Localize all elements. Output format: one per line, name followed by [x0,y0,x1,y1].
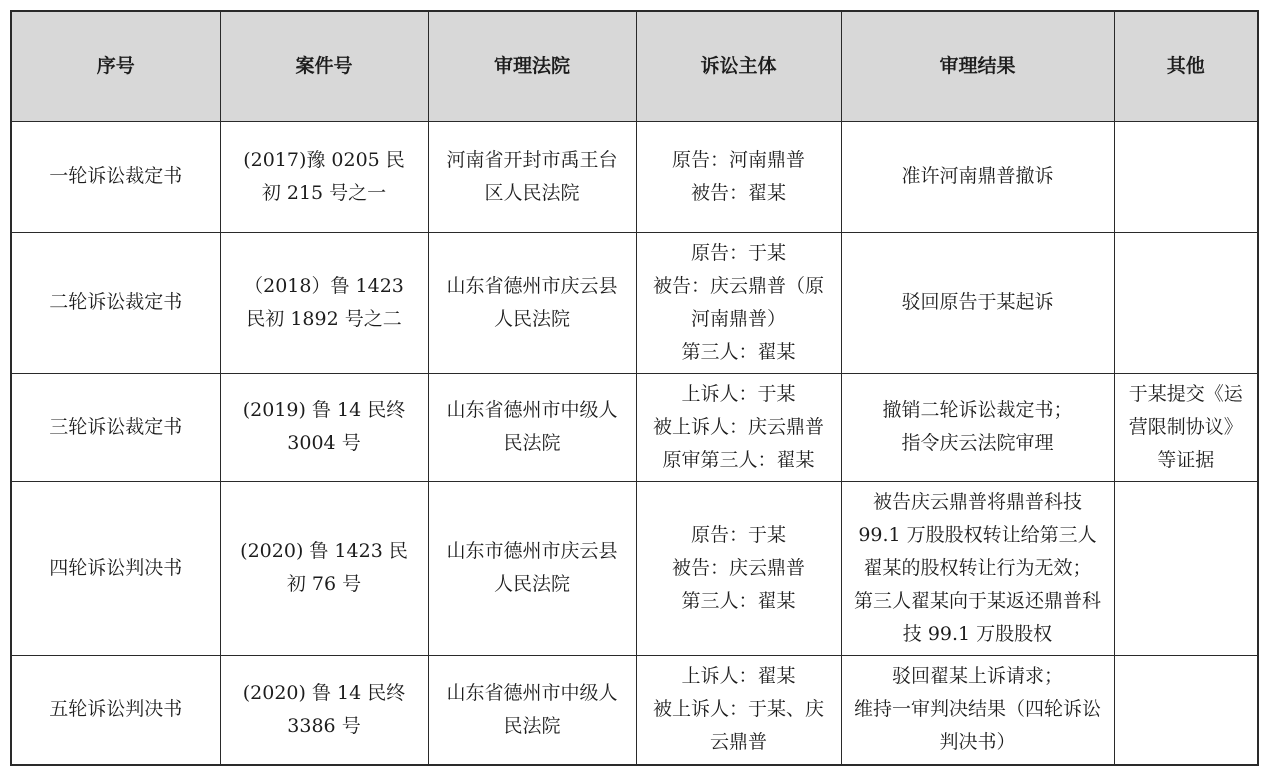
cell-seq: 二轮诉讼裁定书 [11,232,220,373]
cell-seq: 一轮诉讼裁定书 [11,121,220,232]
document-page: 序号 案件号 审理法院 诉讼主体 审理结果 其他 一轮诉讼裁定书 (2017)豫… [0,0,1269,713]
cell-court: 山东省德州市中级人民法院 [428,655,636,765]
header-cell-result: 审理结果 [841,11,1114,121]
cell-seq: 四轮诉讼判决书 [11,481,220,655]
table-row: 三轮诉讼裁定书 (2019) 鲁 14 民终 3004 号 山东省德州市中级人民… [11,373,1258,481]
table-row: 五轮诉讼判决书 (2020) 鲁 14 民终 3386 号 山东省德州市中级人民… [11,655,1258,765]
cell-case-no: （2018）鲁 1423 民初 1892 号之二 [220,232,428,373]
litigation-case-table: 序号 案件号 审理法院 诉讼主体 审理结果 其他 一轮诉讼裁定书 (2017)豫… [10,10,1259,766]
cell-other [1114,481,1258,655]
cell-court: 山东省德州市庆云县人民法院 [428,232,636,373]
cell-other: 于某提交《运营限制协议》等证据 [1114,373,1258,481]
cell-other [1114,232,1258,373]
table-row: 四轮诉讼判决书 (2020) 鲁 1423 民初 76 号 山东市德州市庆云县人… [11,481,1258,655]
cell-parties: 原告：于某被告：庆云鼎普第三人：翟某 [636,481,841,655]
header-cell-seq: 序号 [11,11,220,121]
header-cell-parties: 诉讼主体 [636,11,841,121]
cell-court: 山东市德州市庆云县人民法院 [428,481,636,655]
cell-court: 河南省开封市禹王台区人民法院 [428,121,636,232]
cell-case-no: (2020) 鲁 14 民终 3386 号 [220,655,428,765]
table-row: 二轮诉讼裁定书 （2018）鲁 1423 民初 1892 号之二 山东省德州市庆… [11,232,1258,373]
cell-result: 准许河南鼎普撤诉 [841,121,1114,232]
header-cell-court: 审理法院 [428,11,636,121]
cell-court: 山东省德州市中级人民法院 [428,373,636,481]
header-cell-other: 其他 [1114,11,1258,121]
cell-case-no: (2020) 鲁 1423 民初 76 号 [220,481,428,655]
cell-result: 驳回翟某上诉请求；维持一审判决结果（四轮诉讼判决书） [841,655,1114,765]
header-cell-case-no: 案件号 [220,11,428,121]
table-row: 一轮诉讼裁定书 (2017)豫 0205 民初 215 号之一 河南省开封市禹王… [11,121,1258,232]
cell-seq: 五轮诉讼判决书 [11,655,220,765]
cell-other [1114,655,1258,765]
table-header-row: 序号 案件号 审理法院 诉讼主体 审理结果 其他 [11,11,1258,121]
cell-result: 撤销二轮诉讼裁定书；指令庆云法院审理 [841,373,1114,481]
cell-result: 驳回原告于某起诉 [841,232,1114,373]
cell-parties: 上诉人：翟某被上诉人：于某、庆云鼎普 [636,655,841,765]
cell-result: 被告庆云鼎普将鼎普科技 99.1 万股股权转让给第三人翟某的股权转让行为无效；第… [841,481,1114,655]
cell-case-no: (2017)豫 0205 民初 215 号之一 [220,121,428,232]
cell-seq: 三轮诉讼裁定书 [11,373,220,481]
cell-parties: 原告：河南鼎普被告：翟某 [636,121,841,232]
cell-parties: 原告：于某被告：庆云鼎普（原河南鼎普）第三人：翟某 [636,232,841,373]
cell-case-no: (2019) 鲁 14 民终 3004 号 [220,373,428,481]
cell-other [1114,121,1258,232]
cell-parties: 上诉人：于某被上诉人：庆云鼎普原审第三人：翟某 [636,373,841,481]
